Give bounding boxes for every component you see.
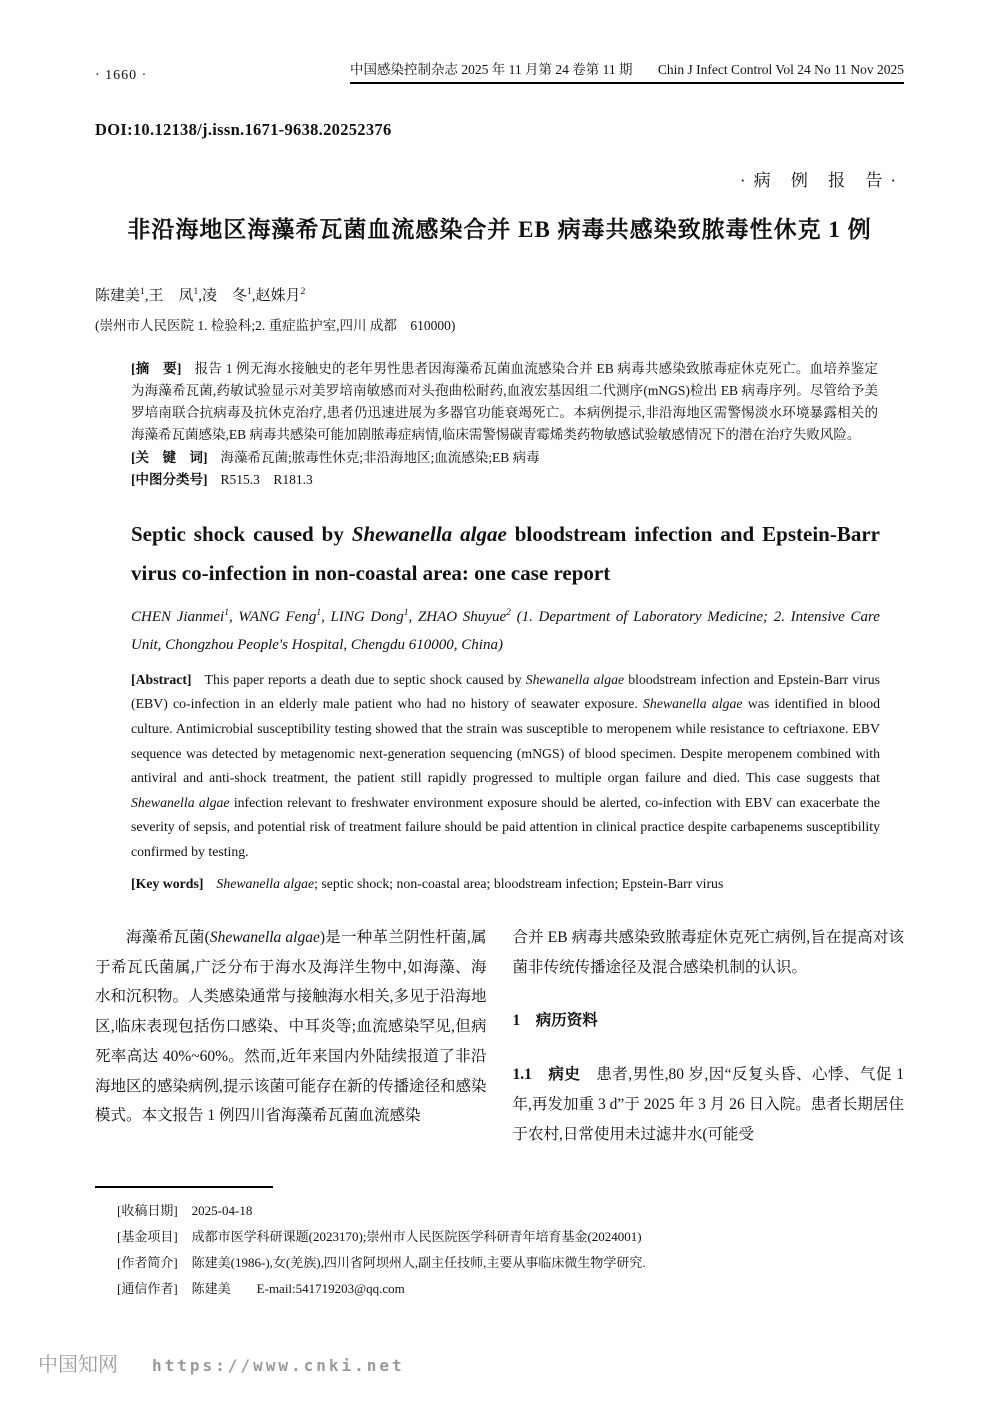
footnote-text: 陈建美 E-mail:541719203@qq.com — [192, 1281, 405, 1296]
page-number: · 1660 · — [95, 68, 147, 84]
article-body: 海藻希瓦菌(Shewanella algae)是一种革兰阴性杆菌,属于希瓦氏菌属… — [95, 923, 904, 1150]
abstract-en-text: infection relevant to freshwater environ… — [131, 795, 880, 859]
footnote-label: [作者简介] — [117, 1255, 178, 1270]
author-name-en: CHEN Jianmei — [131, 609, 224, 625]
keywords-en-text: ; septic shock; non-coastal area; bloods… — [314, 876, 723, 891]
cnki-watermark: 中国知网 https://www.cnki.net — [38, 1348, 405, 1377]
keywords-cn-label: [关 键 词] — [131, 450, 208, 465]
journal-title-cn: 中国感染控制杂志 2025 年 11 月第 24 卷第 11 期 — [350, 62, 633, 77]
author-name-en: , WANG Feng — [229, 609, 316, 625]
authors-en: CHEN Jianmei1, WANG Feng1, LING Dong1, Z… — [131, 604, 880, 660]
species-name-italic: Shewanella algae — [210, 929, 320, 946]
author-name: 陈建美 — [95, 288, 140, 304]
footnote-received-date: [收稿日期]2025-04-18 — [95, 1198, 904, 1224]
english-section: Septic shock caused by Shewanella algae … — [131, 515, 880, 897]
author-name-en: , LING Dong — [321, 609, 404, 625]
affiliation-cn: (崇州市人民医院 1. 检验科;2. 重症监护室,四川 成都 610000) — [95, 314, 904, 334]
keywords-cn: [关 键 词]海藻希瓦菌;脓毒性休克;非沿海地区;血流感染;EB 病毒 — [131, 447, 878, 469]
footnote-author-bio: [作者简介]陈建美(1986-),女(羌族),四川省阿坝州人,副主任技师,主要从… — [95, 1250, 904, 1276]
species-name-italic: Shewanella algae — [131, 795, 230, 810]
body-column-right: 合并 EB 病毒共感染致脓毒症休克死亡病例,旨在提高对该菌非传统传播途径及混合感… — [513, 923, 905, 1150]
clc-text: R515.3 R181.3 — [221, 472, 313, 487]
cnki-url: https://www.cnki.net — [152, 1356, 405, 1375]
title-en-part: Septic shock caused by — [131, 522, 352, 546]
species-name-italic: Shewanella algae — [352, 522, 507, 546]
footnote-text: 2025-04-18 — [192, 1203, 253, 1218]
abstract-en: [Abstract]This paper reports a death due… — [131, 668, 880, 864]
page-header: · 1660 · 中国感染控制杂志 2025 年 11 月第 24 卷第 11 … — [95, 58, 904, 84]
intro-text: 海藻希瓦菌( — [126, 929, 210, 946]
footnote-funding: [基金项目]成都市医学科研课题(2023170);崇州市人民医院医学科研青年培育… — [95, 1224, 904, 1250]
abstract-en-label: [Abstract] — [131, 672, 192, 687]
footnote-label: [基金项目] — [117, 1229, 178, 1244]
abstract-cn-text: 报告 1 例无海水接触史的老年男性患者因海藻希瓦菌血流感染合并 EB 病毒共感染… — [131, 361, 878, 442]
keywords-cn-text: 海藻希瓦菌;脓毒性休克;非沿海地区;血流感染;EB 病毒 — [221, 450, 540, 465]
footnote-area: [收稿日期]2025-04-18 [基金项目]成都市医学科研课题(2023170… — [95, 1186, 904, 1302]
clc-number: [中图分类号]R515.3 R181.3 — [131, 469, 878, 491]
species-name-italic: Shewanella algae — [216, 876, 314, 891]
author-name-en: , ZHAO Shuyue — [409, 609, 507, 625]
abstract-cn-label: [摘 要] — [131, 361, 181, 376]
abstract-en-text: This paper reports a death due to septic… — [205, 672, 526, 687]
footnote-separator — [95, 1186, 273, 1188]
footnote-label: [收稿日期] — [117, 1203, 178, 1218]
abstract-cn-block: [摘 要]报告 1 例无海水接触史的老年男性患者因海藻希瓦菌血流感染合并 EB … — [131, 358, 878, 491]
intro-paragraph-left: 海藻希瓦菌(Shewanella algae)是一种革兰阴性杆菌,属于希瓦氏菌属… — [95, 923, 487, 1131]
species-name-italic: Shewanella algae — [643, 696, 743, 711]
intro-paragraph-right: 合并 EB 病毒共感染致脓毒症休克死亡病例,旨在提高对该菌非传统传播途径及混合感… — [513, 923, 905, 983]
footnote-corresponding-author: [通信作者]陈建美 E-mail:541719203@qq.com — [95, 1276, 904, 1302]
article-type-label: ·病 例 报 告· — [95, 166, 904, 191]
author-name: ,王 凤 — [145, 288, 194, 304]
author-affiliation-marker: 2 — [301, 287, 306, 297]
keywords-en: [Key words]Shewanella algae; septic shoc… — [131, 872, 880, 897]
article-title-cn: 非沿海地区海藻希瓦菌血流感染合并 EB 病毒共感染致脓毒性休克 1 例 — [95, 211, 904, 244]
cnki-brand-text: 中国知网 — [38, 1352, 118, 1376]
article-title-en: Septic shock caused by Shewanella algae … — [131, 515, 880, 593]
footnote-label: [通信作者] — [117, 1281, 178, 1296]
abstract-cn: [摘 要]报告 1 例无海水接触史的老年男性患者因海藻希瓦菌血流感染合并 EB … — [131, 358, 878, 447]
section-1-heading: 1 病历资料 — [513, 1006, 905, 1036]
authors-cn: 陈建美1,王 凤1,凌 冬1,赵姝月2 — [95, 284, 904, 305]
footnote-text: 陈建美(1986-),女(羌族),四川省阿坝州人,副主任技师,主要从事临床微生物… — [192, 1255, 646, 1270]
author-name: ,赵姝月 — [252, 288, 301, 304]
journal-page: · 1660 · 中国感染控制杂志 2025 年 11 月第 24 卷第 11 … — [0, 0, 992, 1403]
body-column-left: 海藻希瓦菌(Shewanella algae)是一种革兰阴性杆菌,属于希瓦氏菌属… — [95, 923, 487, 1150]
clc-label: [中图分类号] — [131, 472, 208, 487]
footnote-text: 成都市医学科研课题(2023170);崇州市人民医院医学科研青年培育基金(202… — [192, 1229, 642, 1244]
doi: DOI:10.12138/j.issn.1671-9638.20252376 — [95, 120, 904, 140]
author-name: ,凌 冬 — [198, 288, 247, 304]
journal-title-en: Chin J Infect Control Vol 24 No 11 Nov 2… — [658, 62, 904, 77]
species-name-italic: Shewanella algae — [526, 672, 624, 687]
section-1-1-paragraph: 1.1 病史 患者,男性,80 岁,因“反复头昏、心悸、气促 1 年,再发加重 … — [513, 1060, 905, 1149]
journal-masthead: 中国感染控制杂志 2025 年 11 月第 24 卷第 11 期 Chin J … — [350, 58, 904, 84]
section-1-1-label: 1.1 病史 — [513, 1066, 581, 1083]
keywords-en-label: [Key words] — [131, 876, 203, 891]
intro-text: )是一种革兰阴性杆菌,属于希瓦氏菌属,广泛分布于海水及海洋生物中,如海藻、海水和… — [95, 929, 487, 1125]
